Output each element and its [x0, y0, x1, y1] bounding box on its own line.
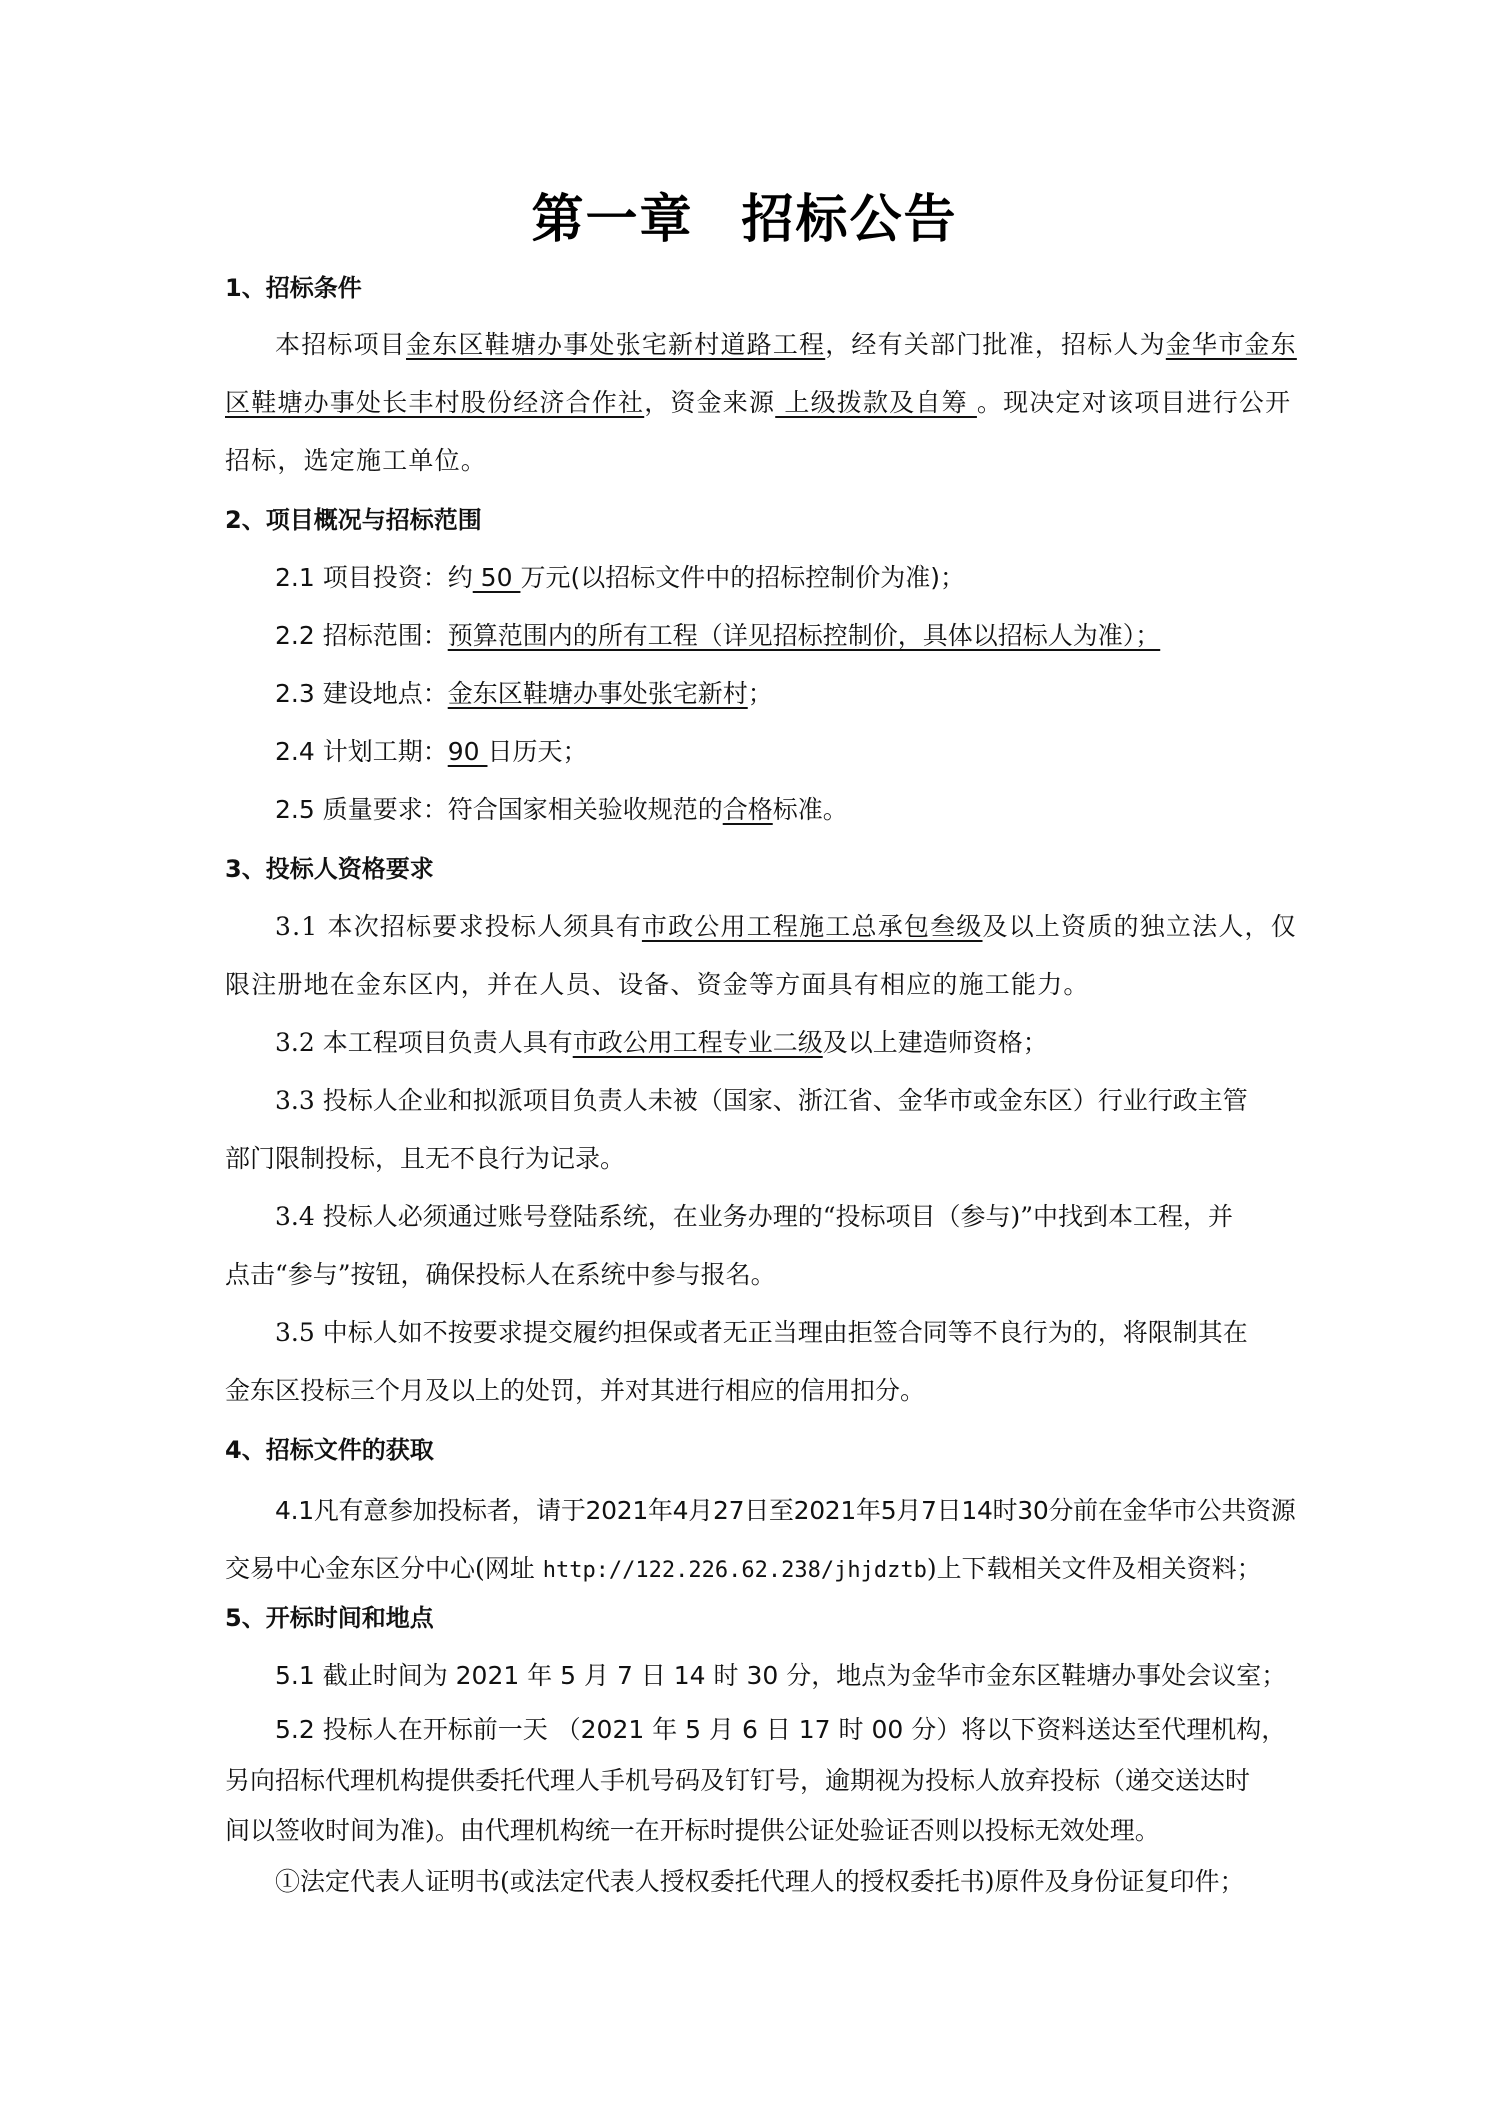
item-3-5-line-2: 金东区投标三个月及以上的处罚，并对其进行相应的信用扣分。 — [225, 1373, 925, 1409]
item-2-3: 2.3 建设地点：金东区鞋塘办事处张宅新村； — [275, 676, 773, 712]
text: 本招标项目 — [275, 330, 406, 359]
text: 标准。 — [773, 795, 848, 824]
section-heading-5: 5、开标时间和地点 — [225, 1600, 434, 1636]
paragraph-1-line-3: 招标，选定施工单位。 — [225, 443, 487, 479]
download-url-link[interactable]: http://122.226.62.238/jhjdztb — [543, 1558, 927, 1583]
text: 。现决定对该项目进行公开 — [977, 388, 1291, 417]
text: 2.2 招标范围： — [275, 621, 448, 650]
section-heading-2: 2、项目概况与招标范围 — [225, 502, 482, 538]
fund-source: 上级拨款及自筹 — [775, 388, 977, 417]
section-heading-3: 3、投标人资格要求 — [225, 851, 434, 887]
item-5-2-list-item-1: ①法定代表人证明书(或法定代表人授权委托代理人的授权委托书)原件及身份证复印件； — [275, 1864, 1245, 1900]
item-2-5: 2.5 质量要求：符合国家相关验收规范的合格标准。 — [275, 792, 848, 828]
item-5-2-line-3: 间以签收时间为准)。由代理机构统一在开标时提供公证处验证否则以投标无效处理。 — [225, 1813, 1160, 1849]
text: ，资金来源 — [644, 388, 775, 417]
item-3-1-line-2: 限注册地在金东区内，并在人员、设备、资金等方面具有相应的施工能力。 — [225, 967, 1090, 1003]
section-heading-4: 4、招标文件的获取 — [225, 1432, 434, 1468]
tenderer-name-part2: 区鞋塘办事处长丰村股份经济合作社 — [225, 388, 644, 417]
text: 2.4 计划工期： — [275, 737, 448, 766]
item-3-2: 3.2 本工程项目负责人具有市政公用工程专业二级及以上建造师资格； — [275, 1025, 1048, 1061]
section-heading-1: 1、招标条件 — [225, 270, 362, 306]
item-3-5-line-1: 3.5 中标人如不按要求提交履约担保或者无正当理由拒签合同等不良行为的，将限制其… — [275, 1315, 1248, 1351]
chapter-number: 第一章 — [531, 190, 693, 250]
paragraph-1-line-1: 本招标项目金东区鞋塘办事处张宅新村道路工程，经有关部门批准，招标人为金华市金东 — [275, 327, 1297, 363]
text: 2.3 建设地点： — [275, 679, 448, 708]
tenderer-name-part1: 金华市金东 — [1166, 330, 1297, 359]
item-2-2: 2.2 招标范围：预算范围内的所有工程（详见招标控制价，具体以招标人为准）； — [275, 618, 1160, 654]
builder-qualification: 市政公用工程专业二级 — [573, 1028, 823, 1057]
text: 3.2 本工程项目负责人具有 — [275, 1028, 573, 1057]
text: 3.1 本次招标要求投标人须具有 — [275, 912, 642, 941]
item-4-1-line-2: 交易中心金东区分中心(网址 http://122.226.62.238/jhjd… — [225, 1551, 1262, 1589]
text: 万元(以招标文件中的招标控制价为准)； — [520, 563, 965, 592]
project-name: 金东区鞋塘办事处张宅新村道路工程 — [406, 330, 825, 359]
qualification-level: 市政公用工程施工总承包叁级 — [642, 912, 983, 941]
item-2-4: 2.4 计划工期：90 日历天； — [275, 734, 588, 770]
construction-period: 90 — [448, 737, 488, 766]
text: 交易中心金东区分中心(网址 — [225, 1554, 543, 1583]
text: 及以上建造师资格； — [823, 1028, 1048, 1057]
construction-site: 金东区鞋塘办事处张宅新村 — [448, 679, 748, 708]
text: 2.1 项目投资：约 — [275, 563, 473, 592]
paragraph-1-line-2: 区鞋塘办事处长丰村股份经济合作社，资金来源 上级拨款及自筹 。现决定对该项目进行… — [225, 385, 1291, 421]
chapter-title: 第一章招标公告 — [0, 185, 1489, 255]
item-5-2-line-2: 另向招标代理机构提供委托代理人手机号码及钉钉号，逾期视为投标人放弃投标（递交送达… — [225, 1763, 1250, 1799]
investment-amount: 50 — [473, 563, 521, 592]
text: 2.5 质量要求：符合国家相关验收规范的 — [275, 795, 723, 824]
item-4-1-line-1: 4.1凡有意参加投标者，请于2021年4月27日至2021年5月7日14时30分… — [275, 1493, 1295, 1529]
document-page: 第一章招标公告 1、招标条件 本招标项目金东区鞋塘办事处张宅新村道路工程，经有关… — [0, 0, 1489, 2106]
tender-scope: 预算范围内的所有工程（详见招标控制价，具体以招标人为准）； — [448, 621, 1161, 650]
text: )上下载相关文件及相关资料； — [927, 1554, 1262, 1583]
item-3-4-line-2: 点击“参与”按钮，确保投标人在系统中参与报名。 — [225, 1257, 776, 1293]
item-5-1: 5.1 截止时间为 2021 年 5 月 7 日 14 时 30 分，地点为金华… — [275, 1658, 1286, 1694]
item-5-2-line-1: 5.2 投标人在开标前一天 （2021 年 5 月 6 日 17 时 00 分）… — [275, 1712, 1286, 1748]
chapter-name: 招标公告 — [742, 190, 958, 250]
text: ，经有关部门批准，招标人为 — [825, 330, 1166, 359]
text: ； — [748, 679, 773, 708]
quality-requirement: 合格 — [723, 795, 773, 824]
item-2-1: 2.1 项目投资：约 50 万元(以招标文件中的招标控制价为准)； — [275, 560, 965, 596]
item-3-3-line-2: 部门限制投标，且无不良行为记录。 — [225, 1141, 625, 1177]
item-3-4-line-1: 3.4 投标人必须通过账号登陆系统，在业务办理的“投标项目（参与)”中找到本工程… — [275, 1199, 1233, 1235]
item-3-1-line-1: 3.1 本次招标要求投标人须具有市政公用工程施工总承包叁级及以上资质的独立法人，… — [275, 909, 1297, 945]
text: 日历天； — [487, 737, 587, 766]
text: 及以上资质的独立法人，仅 — [983, 912, 1297, 941]
item-3-3-line-1: 3.3 投标人企业和拟派项目负责人未被（国家、浙江省、金华市或金东区）行业行政主… — [275, 1083, 1248, 1119]
